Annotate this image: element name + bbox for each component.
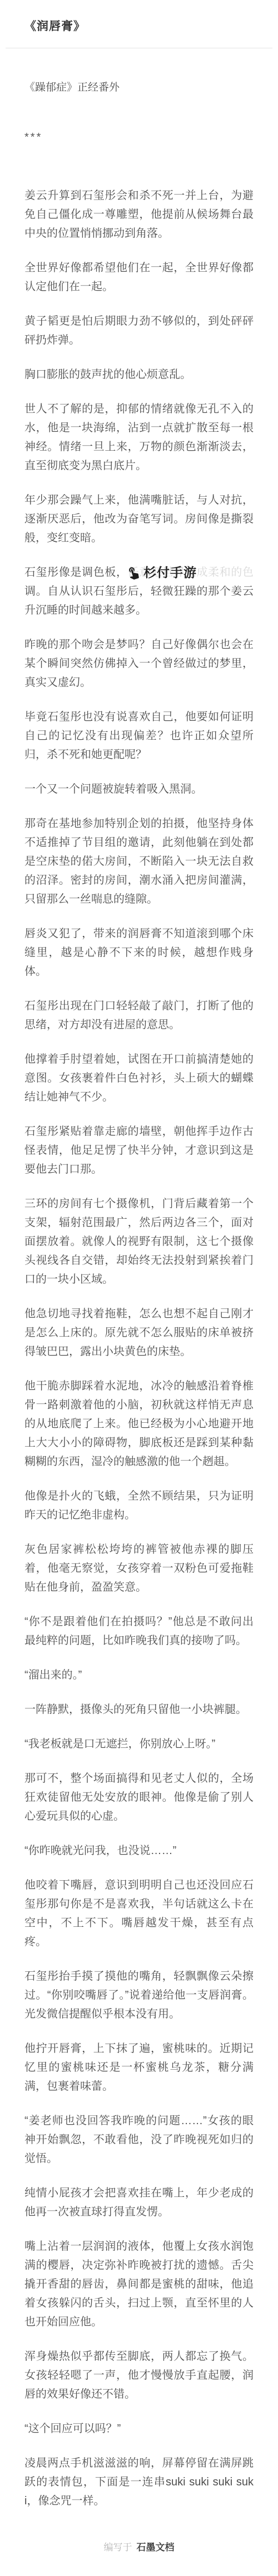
paragraph: 全世界好像都希望他们在一起，全世界好像都认定他们在一起。 bbox=[24, 258, 254, 296]
paragraph: 凌晨两点手机滋滋滋的响，屏幕停留在满屏跳跃的表情包，下面是一连串suki suk… bbox=[24, 2454, 254, 2510]
section-separator: *** bbox=[24, 131, 254, 144]
paragraph: 嘴上沾着一层润润的液体，他覆上女孩水润饱满的樱唇，决定弥补昨晚被打扰的遗憾。舌尖… bbox=[24, 2237, 254, 2331]
paragraph: 那奇在基地参加特别企划的拍摄，他坚持身体不适推掉了节目组的邀请，此刻他躺在到处都… bbox=[24, 814, 254, 909]
paragraph: 毕竟石玺彤也没有说喜欢自己，他要如何证明自己的记忆没有出现偏差？也许正如众望所归… bbox=[24, 707, 254, 764]
document-page: 《润唇膏》 《躁郁症》正经番外 *** 姜云升算到石玺彤会和杀不死一并上台，为避… bbox=[0, 0, 278, 2576]
paragraph: 他拧开唇膏，上下抹了遍，蜜桃味的。近期记忆里的蜜桃味还是一杯蜜桃乌龙茶，糖分满满… bbox=[24, 2039, 254, 2096]
paragraph: “这个回应可以吗？” bbox=[24, 2419, 254, 2438]
paragraph: 姜云升算到石玺彤会和杀不死一并上台，为避免自己僵化成一尊雕塑，他提前从候场舞台最… bbox=[24, 186, 254, 243]
paragraph: 一个又一个问题被旋转着吸入黑洞。 bbox=[24, 780, 254, 799]
paragraph: “姜老师也没回答我昨晚的问题……”女孩的眼神开始飘忽，不敢看他，没了昨晚视死如归… bbox=[24, 2111, 254, 2168]
tap-hand-icon bbox=[124, 564, 142, 582]
paragraph: “你不是跟着他们在拍摄吗？”他总是不敢问出最纯粹的问题，比如昨晚我们真的接吻了吗… bbox=[24, 1612, 254, 1650]
paragraph: 石玺彤紧贴着靠走廊的墙壁，朝他挥手边作古怪表情，他足足愣了快半分钟，才意识到这是… bbox=[24, 1122, 254, 1179]
paragraph: 石玺彤抬手摸了摸他的嘴角，轻飘飘像云朵擦过。“你别咬嘴唇了。”说着递给他一支唇润… bbox=[24, 1967, 254, 2024]
doc-subtitle: 《躁郁症》正经番外 bbox=[24, 81, 254, 95]
paragraph: 他急切地寻找着拖鞋，怎么也想不起自己刚才是怎么上床的。原先就不怎么服贴的床单被挤… bbox=[24, 1304, 254, 1361]
paragraph: 年少那会躁气上来，他满嘴脏话，与人对抗，逐渐厌恶后，他改为奋笔写词。房间像是撕裂… bbox=[24, 491, 254, 547]
paragraph: 昨晚的那个吻会是梦吗？自己好像偶尔也会在某个瞬间突然仿佛掉入一个曾经做过的梦里，… bbox=[24, 635, 254, 692]
paragraph: 他干脆赤脚踩着水泥地，冰冷的触感沿着脊椎骨一路刺激着他的小脑，初秋就这样悄无声息… bbox=[24, 1377, 254, 1471]
paragraph: 胸口膨胀的鼓声扰的他心烦意乱。 bbox=[24, 365, 254, 384]
paragraph: 石玺彤像是调色板，任意把世界柔成柔和的色调。自从认识石玺彤后，轻微狂躁的那个姜云… bbox=[24, 563, 254, 620]
watermark-overlay: 杉付手游 bbox=[122, 559, 254, 586]
paragraph: 石玺彤出现在门口轻轻敲了敲门，打断了他的思绪，对方却没有进屋的意思。 bbox=[24, 996, 254, 1034]
paragraph: 三环的房间有七个摄像机，门背后藏着第一个支架，辐射范围最广，然后两边各三个，面对… bbox=[24, 1194, 254, 1289]
paragraph: 世人不了解的是，抑郁的情绪就像无孔不入的水，他是一块海绵，沾到一点就扩散至每一根… bbox=[24, 400, 254, 475]
paragraph: 他咬着下嘴唇，意识到明明自己也还没回应石玺彤那句你是不是喜欢我，半句话就这么卡在… bbox=[24, 1876, 254, 1951]
paragraph: 唇炎又犯了，带来的润唇膏不知道滚到哪个床缝里，越是心静不下来的时候，越想作贱身体… bbox=[24, 924, 254, 981]
watermark-label: 杉付手游 bbox=[143, 563, 197, 582]
paragraph: 他像是扑火的飞蛾，全然不顾结果，只为证明昨天的记忆绝非虚构。 bbox=[24, 1487, 254, 1524]
paragraph: “我老板就是口无遮拦，你别放心上呀。” bbox=[24, 1735, 254, 1753]
paragraph: 纯情小屁孩才会把喜欢挂在嘴上，年少老成的他再一次被直球打得直发愣。 bbox=[24, 2184, 254, 2221]
paragraph: 那可不，整个场面搞得和见老丈人似的，全场狂欢徒留他无处安放的眼神。他像是偷了别人… bbox=[24, 1769, 254, 1826]
doc-title: 《润唇膏》 bbox=[24, 19, 254, 34]
footer-prefix: 编写于 bbox=[104, 2542, 132, 2553]
title-divider bbox=[6, 48, 272, 48]
doc-footer: 编写于石墨文档 bbox=[24, 2542, 254, 2554]
paragraph: 一阵静默，摄像头的死角只留他一小块裤腿。 bbox=[24, 1700, 254, 1719]
paragraph: “溜出来的。” bbox=[24, 1666, 254, 1685]
doc-body: 姜云升算到石玺彤会和杀不死一并上台，为避免自己僵化成一尊雕塑，他提前从候场舞台最… bbox=[24, 186, 254, 2510]
footer-brand: 石墨文档 bbox=[137, 2542, 175, 2553]
paragraph: “你昨晚就光问我，也没说……” bbox=[24, 1841, 254, 1860]
paragraph: 灰色居家裤松松垮垮的裤管被他赤裸的脚压着，他毫无察觉，女孩穿着一双粉色可爱拖鞋贴… bbox=[24, 1540, 254, 1597]
paragraph: 黄子韬更是怕后期眼力劲不够似的，到处砰砰砰扔炸弹。 bbox=[24, 312, 254, 350]
paragraph: 他撑着手肘望着她，试图在开口前搞清楚她的意图。女孩裹着件白色衬衫，头上硕大的蝴蝶… bbox=[24, 1050, 254, 1107]
paragraph: 浑身燥热似乎都传至脚底，两人都忘了换气。女孩轻轻嗯了一声，他才慢慢放手直起腰，润… bbox=[24, 2347, 254, 2404]
